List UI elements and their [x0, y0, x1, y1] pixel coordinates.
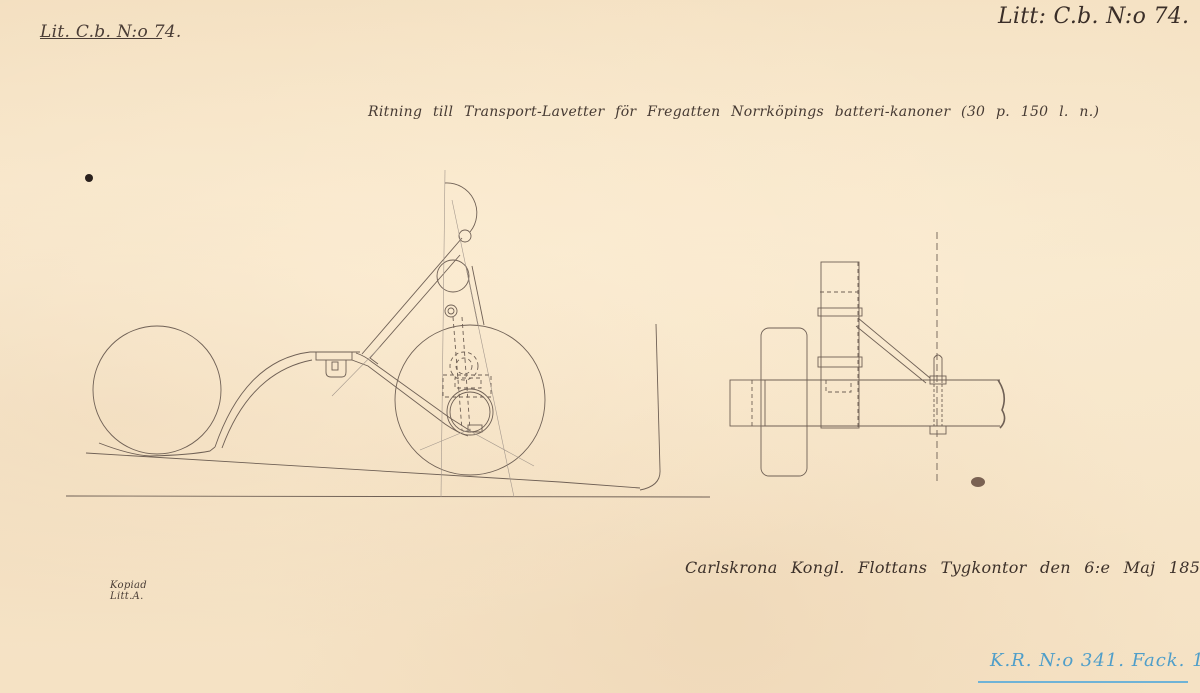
inclined-ground-line — [86, 453, 560, 482]
plan-bracket — [821, 262, 859, 428]
archive-stamp-underline — [978, 681, 1188, 683]
outline-edge — [640, 324, 660, 490]
plan-view — [730, 232, 1005, 485]
place-and-date: Carlskrona Kongl. Flottans Tygkontor den… — [685, 558, 1200, 577]
margin-note: Kopiad Litt.A. — [110, 580, 147, 602]
large-wheel — [395, 325, 545, 475]
base-line — [66, 496, 710, 497]
plan-wheel — [761, 328, 807, 476]
broken-end — [998, 380, 1005, 428]
ink-dot — [85, 174, 93, 182]
technical-drawing — [0, 0, 1200, 693]
ink-blot — [971, 477, 985, 487]
archive-stamp: K.R. N:o 341. Fack. 15. — [990, 650, 1200, 671]
barrel-end-circle — [93, 326, 221, 454]
side-elevation-view — [66, 170, 710, 497]
elevation-arc — [445, 183, 477, 232]
drawing-sheet: Lit. C.b. N:o 74. Litt: C.b. N:o 74. Rit… — [0, 0, 1200, 693]
